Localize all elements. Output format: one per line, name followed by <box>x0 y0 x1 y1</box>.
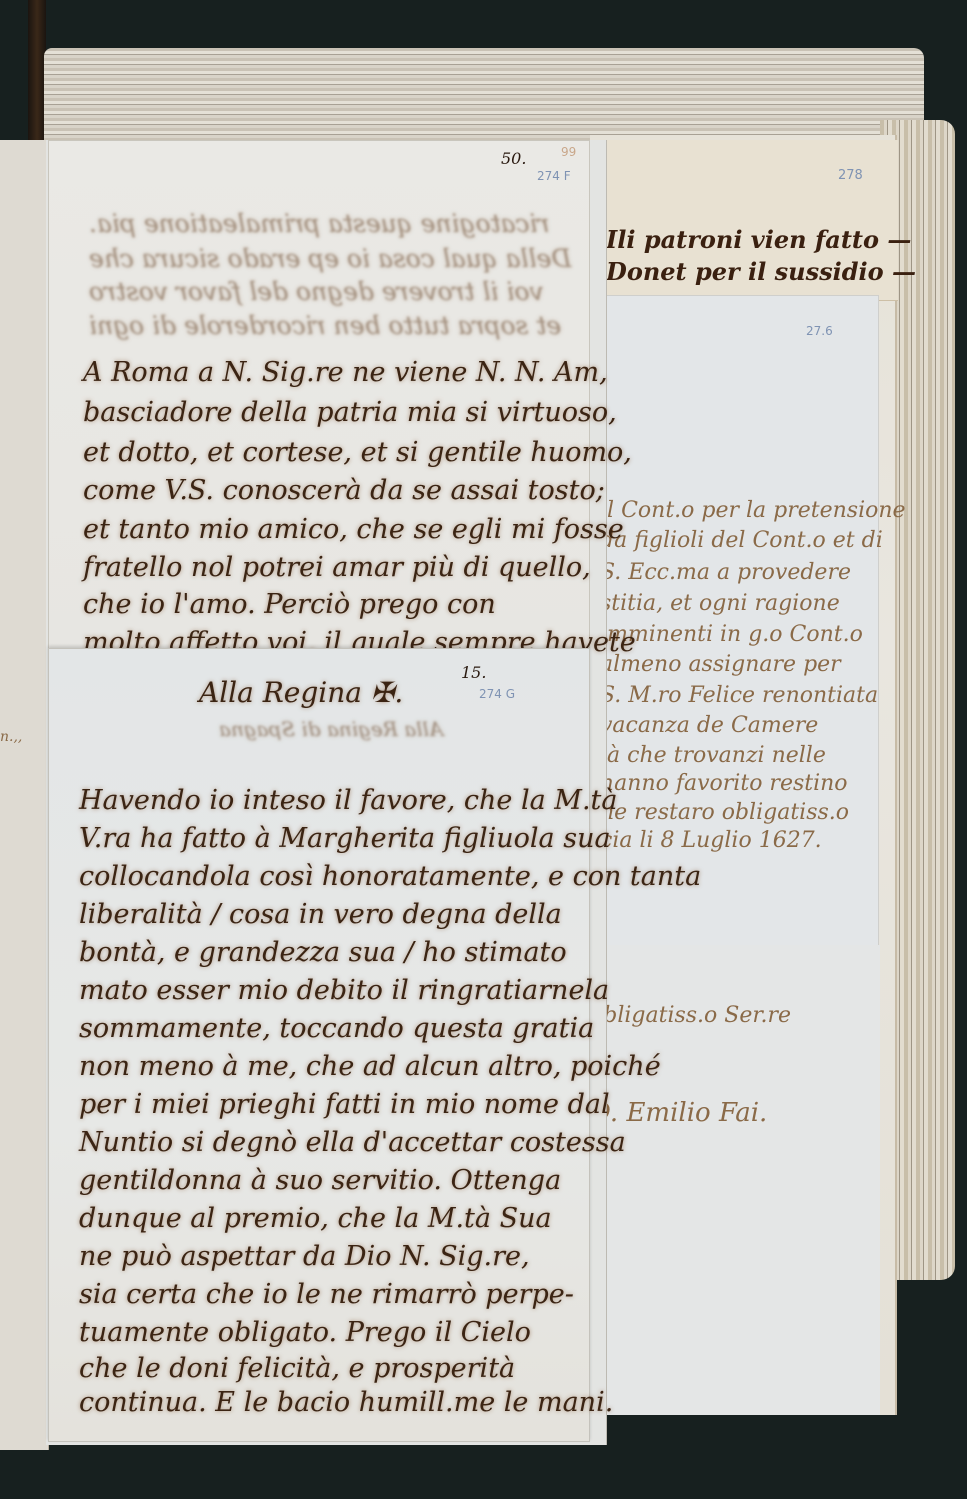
right-letter-line: hanno favorito restino <box>600 773 848 795</box>
bleedthrough-line: et sopra tutto ben ricorderole di ogni <box>89 313 561 338</box>
letter-line: V.ra ha fatto à Margherita figliuola sua <box>79 825 611 852</box>
letter-line: per i miei prieghi fatti in mio nome dal <box>79 1091 610 1118</box>
right-letter-line: S. Ecc.ma a provedere <box>600 562 851 584</box>
corner-mark: 99 <box>561 145 576 159</box>
letter-line: gentildonna à suo servitio. Ottenga <box>79 1167 561 1194</box>
folio-pencil-mark: 278 <box>838 168 863 183</box>
right-letter-line: S. M.ro Felice renontiata <box>600 685 878 707</box>
slip-line-2: Donet per il sussidio — <box>606 260 916 284</box>
letter-line: Havendo io inteso il favore, che la M.tà <box>79 787 617 814</box>
right-letter-line: stitia, et ogni ragione <box>600 593 840 615</box>
signature: D. Emilio Fai. <box>590 1100 767 1126</box>
closing-formula: obligatiss.o Ser.re <box>590 1005 791 1027</box>
bleedthrough-line: ricatogine questa primaleatione pia. <box>89 211 549 236</box>
letter-heading: Alla Regina ✠. <box>199 679 403 707</box>
bleedthrough-heading: Alla Regina di Spagna <box>219 719 443 739</box>
folio-number: 15. <box>461 663 486 682</box>
left-facing-leaf: n.,, <box>0 140 49 1450</box>
letter-line: continua. E le bacio humill.me le mani. <box>79 1389 613 1416</box>
slip-line-1: Ili patroni vien fatto — <box>606 228 911 252</box>
right-letter-line: il Cont.o per la pretensione <box>600 500 906 522</box>
lower-letter-page: 15. 274 G Alla Regina ✠. Alla Regina di … <box>48 648 590 1442</box>
letter-line: mato esser mio debito il ringratiarnela <box>79 977 609 1004</box>
upper-letter-page: 50. 274 F 99 ricatogine questa primaleat… <box>48 140 590 662</box>
archive-pencil-mark: 27.6 <box>806 324 833 338</box>
letter-line: bontà, e grandezza sua / ho stimato <box>79 939 567 966</box>
letter-line: sommamente, toccando questa gratia <box>79 1015 594 1042</box>
letter-line: A Roma a N. Sig.re ne viene N. N. Am, <box>83 359 608 386</box>
archive-pencil-mark: 274 G <box>479 687 515 701</box>
letter-line: liberalità / cosa in vero degna della <box>79 901 562 928</box>
right-letter-lower: obligatiss.o Ser.re D. Emilio Fai. <box>590 945 880 1415</box>
letter-line: et dotto, et cortese, et si gentile huom… <box>83 439 632 466</box>
letter-line: tuamente obligato. Prego il Cielo <box>79 1319 531 1346</box>
letter-line: basciadore della patria mia si virtuoso, <box>83 399 617 426</box>
letter-line: come V.S. conoscerà da se assai tosto; <box>83 477 605 504</box>
bleedthrough-line: voi il trovere degno del favor vostro <box>89 279 544 304</box>
letter-line: che io l'amo. Perciò prego con <box>83 591 496 618</box>
right-letter-line: cia li 8 Luglio 1627. <box>600 830 822 852</box>
right-letter-line: là che trovanzi nelle <box>600 745 826 767</box>
right-letter-line: ne restaro obligatiss.o <box>600 802 849 824</box>
bleedthrough-line: Della qual cosa io ep erado sicura che <box>89 246 571 271</box>
right-letter-line: da figlioli del Cont.o et di <box>600 530 883 552</box>
folio-number: 50. <box>501 149 526 168</box>
letter-line: fratello nol potrei amar più di quello, <box>83 554 591 581</box>
page-stack-top-edge <box>44 48 924 148</box>
right-letter-line: vacanza de Camere <box>600 715 818 737</box>
letter-line: ne può aspettar da Dio N. Sig.re, <box>79 1243 530 1270</box>
right-slip-top: 278 Ili patroni vien fatto — Donet per i… <box>598 140 898 301</box>
letter-line: et tanto mio amico, che se egli mi fosse <box>83 516 624 543</box>
letter-line: Nuntio si degnò ella d'accettar costessa <box>79 1129 626 1156</box>
right-letter-line: imminenti in g.o Cont.o <box>600 624 863 646</box>
right-letter-text: il Cont.o per la pretensione da figlioli… <box>600 490 880 890</box>
letter-line: collocandola così honoratamente, e con t… <box>79 863 701 890</box>
right-letter-line: almeno assignare per <box>600 654 841 676</box>
letter-line: sia certa che io le ne rimarrò perpe- <box>79 1281 574 1308</box>
archive-pencil-mark: 274 F <box>537 169 571 183</box>
letter-line: che le doni felicità, e prosperità <box>79 1355 515 1382</box>
left-leaf-fragment: n.,, <box>0 730 22 744</box>
letter-line: dunque al premio, che la M.tà Sua <box>79 1205 552 1232</box>
letter-line: non meno à me, che ad alcun altro, poich… <box>79 1053 661 1080</box>
